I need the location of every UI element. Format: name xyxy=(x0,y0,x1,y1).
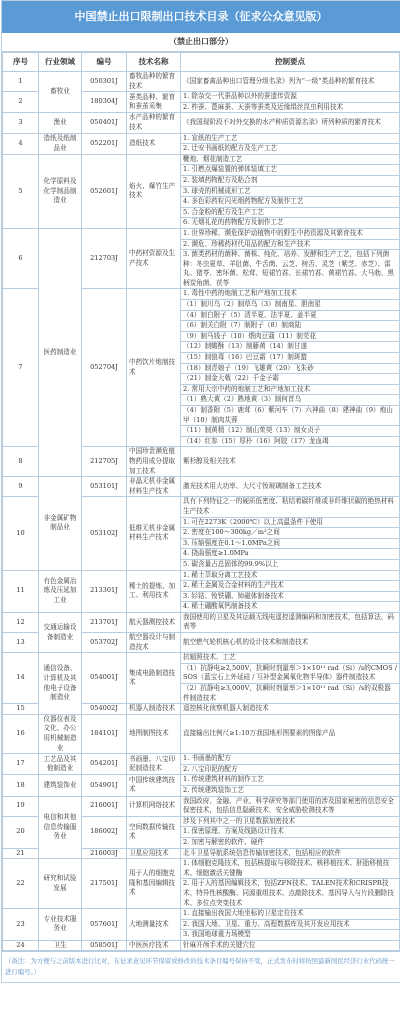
tech-name: 畜牧品种的繁育技术 xyxy=(127,72,181,92)
row-number: 8 xyxy=(3,447,39,477)
table-row: 3渔业050401J水产品种的繁育技术《我国现阶段不对外交换的水产种质资源名录》… xyxy=(3,113,400,133)
control-point: 4. 多色彩药粒闪光烟药物配方及制作工艺 xyxy=(181,197,399,208)
table-row: 18建筑装饰业054901J中国传统建筑技术1. 传统建筑材料的制作工艺2. 传… xyxy=(3,775,400,796)
tech-name: 集成电路制造技术 xyxy=(127,653,181,704)
tech-name: 空间数据传输技术 xyxy=(127,816,181,848)
col-header-no: 序号 xyxy=(3,53,39,72)
row-number: 15 xyxy=(3,704,39,715)
tech-name: 低维无机非金属材料生产技术 xyxy=(127,497,181,570)
tech-code: 052201J xyxy=(82,133,127,154)
footnote: （备注：为方便与之前版本进行比对，在征求意见环节保留或修改的技术条目编号保持不变… xyxy=(2,951,400,982)
control-points: 遥控核化侦察机器人制造技术 xyxy=(181,704,400,715)
tech-code: 216001J xyxy=(82,796,127,816)
row-number: 10 xyxy=(3,497,39,570)
control-point: 2. 常用大宗中药的炮制工艺和产地加工技术 xyxy=(181,385,399,396)
control-point: （1）抗静电≥2,500V，抗瞬时剂量率＞1×10¹¹ rad（Si）/s的CM… xyxy=(181,664,399,684)
control-point: 1. 除杂交一代蚕品种以外的蚕遗传资源 xyxy=(181,92,399,103)
tech-code: 054901J xyxy=(82,775,127,796)
table-row: 4造纸及纸制品业052201J造纸技术1. 宣纸的生产工艺2. 迁安书画纸的配方… xyxy=(3,133,400,154)
control-point: （4）制香附（5）鹿茸（6）紫河车（7）六神曲（8）建神曲（9）炮山甲（10）制… xyxy=(181,406,399,426)
control-point: 2. 八宝印泥的配方 xyxy=(181,765,399,775)
control-points: 1. 体细胞克隆技术，包括核提取与移除技术、核移植技术、胚胎移植技术、细胞激活关… xyxy=(181,859,400,909)
tech-code: 057601J xyxy=(82,909,127,941)
control-point: （2）抗静电≥3,000V，抗瞬时剂量率＞1×10¹¹ rad（Si）/s的双极… xyxy=(181,684,399,703)
tech-code: 050401J xyxy=(82,113,127,133)
section-subtitle: （禁止出口部分） xyxy=(2,33,400,52)
control-points: 1. 世界珍稀、濒危保护动植物中的野生中药资源及其繁育技术2. 濒危、珍稀药材代… xyxy=(181,228,400,289)
control-point: 遥控核化侦察机器人制造技术 xyxy=(181,704,399,714)
tech-table: 序号 行业领域 编号 技术名称 控制要点 1畜牧业050301J畜牧品种的繁育技… xyxy=(2,52,400,951)
tech-name: 中医医疗技术 xyxy=(127,940,181,951)
industry-field: 电信和其他信息传输服务业 xyxy=(39,796,82,859)
control-points: 直接输出比例尺≥1:10万我国地形图要素的图像产品 xyxy=(181,714,400,753)
row-number: 24 xyxy=(3,940,39,951)
table-row: 16仪器仪表及文化、办公用机械制造业184101J地图制图技术直接输出比例尺≥1… xyxy=(3,714,400,753)
industry-field: 研究和试验发展 xyxy=(39,859,82,909)
col-header-code: 编号 xyxy=(82,53,127,72)
control-point: 《国家畜禽品种出口管理分级名录》列为“一级”类品种的繁育技术 xyxy=(181,77,399,87)
industry-field: 化学原料及化学制品制造业 xyxy=(39,154,82,228)
tech-code: 052601J xyxy=(82,154,127,228)
table-row: 11有色金属冶炼及压延加工业213301J稀土的提炼、加工、利用技术1. 稀土萃… xyxy=(3,570,400,612)
control-point: 涉及下列其中之一的卫星数据加密技术 xyxy=(181,817,399,828)
control-point: （6）制关白附（7）制附子（8）制商陆 xyxy=(181,321,399,332)
control-points: 抗辐照技术、工艺（1）抗静电≥2,500V，抗瞬时剂量率＞1×10¹¹ rad（… xyxy=(181,653,400,704)
table-row: 6医药制造业212703J中药材资源及生产技术1. 世界珍稀、濒危保护动植物中的… xyxy=(3,228,400,289)
row-number: 22 xyxy=(3,859,39,909)
control-point: 2. 稀土金属及合金材料的生产技术 xyxy=(181,581,399,592)
industry-field: 卫生 xyxy=(39,940,82,951)
control-point: 6. 无烟礼花的药物配方及制作工艺 xyxy=(181,218,399,228)
control-point: 1. 稀土萃取分离工艺技术 xyxy=(181,571,399,582)
control-point: 2. 濒危、珍稀药材代用品的配方和生产技术 xyxy=(181,240,399,251)
control-point: （1）制川乌（2）制草乌（3）制南星、胆南星 xyxy=(181,300,399,311)
row-number: 17 xyxy=(3,754,39,775)
row-number: 4 xyxy=(3,133,39,154)
control-point: 航空燃气轮机核心机的设计技术和制造技术 xyxy=(181,638,399,648)
control-point: 1. 体细胞克隆技术，包括核提取与移除技术、核移植技术、胚胎移植技术、细胞激活关… xyxy=(181,859,399,879)
row-number: 3 xyxy=(3,113,39,133)
control-points: 鞭炮、烟花制造工艺1. 引燃点爆装置的弹体装填工艺2. 装填药物配方及粘合剂3.… xyxy=(181,154,400,228)
control-point: （18）制青娘子（19）飞雄黄（20）飞朱砂 xyxy=(181,364,399,375)
table-row: 12交通运输设备制造业213701J航天器测控技术我国使用的卫星及其运载无线电遥… xyxy=(3,612,400,632)
tech-name: 非晶无机非金属材料生产技术 xyxy=(127,477,181,497)
control-point: 3. 压缩强度在0.1～1.0MPa之间 xyxy=(181,539,399,550)
control-points: 激光技术用大功率、大尺寸钕玻璃制备工艺技术 xyxy=(181,477,400,497)
control-point: 1. 传统建筑材料的制作工艺 xyxy=(181,775,399,786)
tech-name: 卫星应用技术 xyxy=(127,848,181,859)
tech-name: 机器人制造技术 xyxy=(127,704,181,715)
tech-name: 中药饮片炮制技术 xyxy=(127,289,181,447)
row-number: 7 xyxy=(3,289,39,447)
table-row: 24卫生058501J中医医疗技术针麻开颅手术的关键穴位 xyxy=(3,940,400,951)
control-point: （14）红参（15）厚朴（16）阿胶（17）龙血竭 xyxy=(181,437,399,447)
control-points: 《国家畜禽品种出口管理分级名录》列为“一级”类品种的繁育技术 xyxy=(181,72,400,92)
control-point: 我国使用的卫星及其运载无线电遥控遥测编码和加密技术，包括算法、码表等 xyxy=(181,613,399,632)
control-points: 针麻开颅手术的关键穴位 xyxy=(181,940,400,951)
control-point: 激光技术用大功率、大尺寸钕玻璃制备工艺技术 xyxy=(181,482,399,492)
tech-name: 航天器测控技术 xyxy=(127,612,181,632)
tech-name: 焰火、爆竹生产技术 xyxy=(127,154,181,228)
row-number: 13 xyxy=(3,633,39,653)
industry-field: 医药制造业 xyxy=(39,228,82,476)
table-row: 19电信和其他信息传输服务业216001J计算机网络技术我国政府、金融、产业、科… xyxy=(3,796,400,816)
row-number: 6 xyxy=(3,228,39,289)
tech-name: 水产品种的繁育技术 xyxy=(127,113,181,133)
tech-code: 054002J xyxy=(82,704,127,715)
control-point: 1. 宣纸的生产工艺 xyxy=(181,134,399,145)
tech-code: 054201J xyxy=(82,754,127,775)
col-header-field: 行业领域 xyxy=(39,53,82,72)
control-points: 具有下列特征之一的硬质低密度、粘结着碳纤维或非纤维状碳的绝热材料生产技术1. 可… xyxy=(181,497,400,570)
control-points: 我国使用的卫星及其运载无线电遥控遥测编码和加密技术，包括算法、码表等 xyxy=(181,612,400,632)
industry-field: 工艺品及其他制造业 xyxy=(39,754,82,775)
control-points: 1. 直接输出我国大地坐标的卫星定位技术2. 我国大地、卫星、重力、高程数据库及… xyxy=(181,909,400,941)
control-point: （21）制金大戟（22）千金子霜 xyxy=(181,374,399,385)
tech-code: 184101J xyxy=(82,714,127,753)
tech-code: 186002J xyxy=(82,816,127,848)
control-point: 5. 碳含量占总固体的99.9%以上 xyxy=(181,560,399,570)
row-number: 2 xyxy=(3,92,39,113)
tech-code: 053102J xyxy=(82,497,127,570)
control-points: 1. 传统建筑材料的制作工艺2. 传统建筑装饰工艺 xyxy=(181,775,400,796)
control-point: 2. 加密与解密的软件、硬件 xyxy=(181,838,399,848)
industry-field: 非金属矿物制品业 xyxy=(39,477,82,570)
control-point: （4）制白附子（5）清半夏、法半夏、姜半夏 xyxy=(181,311,399,322)
row-number: 23 xyxy=(3,909,39,941)
control-points: 1. 毒性中药的炮制工艺和产地加工技术（1）制川乌（2）制草乌（3）制南星、胆南… xyxy=(181,289,400,447)
tech-code: 052704J xyxy=(82,289,127,447)
page-title: 中国禁止出口限制出口技术目录（征求公众意见版） xyxy=(2,1,400,33)
row-number: 20 xyxy=(3,816,39,848)
control-point: 2. 迁安书画纸的配方及生产工艺 xyxy=(181,144,399,154)
industry-field: 交通运输设备制造业 xyxy=(39,612,82,652)
control-point: 1. 毒性中药的炮制工艺和产地加工技术 xyxy=(181,289,399,300)
tech-code: 217501J xyxy=(82,859,127,909)
control-point: （9）制马钱子（10）煨肉豆蔻（11）制芫花 xyxy=(181,332,399,343)
control-point: 1. 可在2273K（2000℃）以上高温条件下使用 xyxy=(181,518,399,529)
row-number: 9 xyxy=(3,477,39,497)
control-point: 4. 挠曲强度≥1.0MPa xyxy=(181,549,399,560)
control-point: 5. 合金粉的配方及生产工艺 xyxy=(181,208,399,219)
control-point: 2. 传统建筑装饰工艺 xyxy=(181,786,399,796)
tech-code: 180304J xyxy=(82,92,127,113)
control-point: 2. 用于人的基因编辑技术，包括ZFN技术、TALEN技术和CRISPR技术、特… xyxy=(181,879,399,908)
control-points: 紫杉醇及相关技术 xyxy=(181,447,400,477)
control-points: 涉及下列其中之一的卫星数据加密技术1. 保密原理、方案及线路设计技术2. 加密与… xyxy=(181,816,400,848)
control-point: 鞭炮、烟花制造工艺 xyxy=(181,155,399,166)
tech-name: 蚕类品种、繁育和蚕茧采集 xyxy=(127,92,181,113)
control-point: （11）制黄精（12）制山茱萸（13）制女贞子 xyxy=(181,426,399,437)
industry-field: 有色金属冶炼及压延加工业 xyxy=(39,570,82,612)
tech-name: 航空器设计与制造技术 xyxy=(127,633,181,653)
control-point: 《我国现阶段不对外交换的水产种质资源名录》所列种质的繁育技术 xyxy=(181,118,399,128)
tech-name: 中国传统建筑技术 xyxy=(127,775,181,796)
control-point: 1. 直接输出我国大地坐标的卫星定位技术 xyxy=(181,909,399,920)
control-points: 1. 宣纸的生产工艺2. 迁安书画纸的配方及生产工艺 xyxy=(181,133,400,154)
control-point: 针麻开颅手术的关键穴位 xyxy=(181,941,399,951)
tech-code: 058501J xyxy=(82,940,127,951)
tech-code: 216003J xyxy=(82,848,127,859)
control-point: 具有下列特征之一的硬质低密度、粘结着碳纤维或非纤维状碳的绝热材料生产技术 xyxy=(181,497,399,517)
table-header-row: 序号 行业领域 编号 技术名称 控制要点 xyxy=(3,53,400,72)
control-point: 2. 装填药物配方及粘合剂 xyxy=(181,176,399,187)
control-point: 1. 引燃点爆装置的弹体装填工艺 xyxy=(181,165,399,176)
row-number: 21 xyxy=(3,848,39,859)
control-point: （12）制蟾酥（13）制藤黄（14）制甘遂 xyxy=(181,342,399,353)
industry-field: 仪器仪表及文化、办公用机械制造业 xyxy=(39,714,82,753)
tech-name: 稀土的提炼、加工、利用技术 xyxy=(127,570,181,612)
row-number: 12 xyxy=(3,612,39,632)
industry-field: 通信设备、计算机及其他电子设备制造业 xyxy=(39,653,82,715)
control-points: 1. 书画墨的配方2. 八宝印泥的配方 xyxy=(181,754,400,775)
tech-code: 212705J xyxy=(82,447,127,477)
control-point: 2. 密度在100～300kg／m³之间 xyxy=(181,528,399,539)
control-point: 1. 世界珍稀、濒危保护动植物中的野生中药资源及其繁育技术 xyxy=(181,229,399,240)
control-point: 1. 保密原理、方案及线路设计技术 xyxy=(181,827,399,838)
industry-field: 畜牧业 xyxy=(39,72,82,113)
control-points: 北斗卫星导航系统信息传输加密技术，包括相应的软件 xyxy=(181,848,400,859)
industry-field: 建筑装饰业 xyxy=(39,775,82,796)
table-row: 9非金属矿物制品业053101J非晶无机非金属材料生产技术激光技术用大功率、大尺… xyxy=(3,477,400,497)
row-number: 11 xyxy=(3,570,39,612)
tech-code: 213301J xyxy=(82,570,127,612)
tech-name: 中药材资源及生产技术 xyxy=(127,228,181,289)
control-point: （1）熟大黄（2）熟地黄（3）制何首乌 xyxy=(181,395,399,406)
control-point: 1. 书画墨的配方 xyxy=(181,754,399,765)
row-number: 14 xyxy=(3,653,39,704)
tech-name: 计算机网络技术 xyxy=(127,796,181,816)
control-point: 抗辐照技术、工艺 xyxy=(181,653,399,664)
industry-field: 造纸及纸制品业 xyxy=(39,133,82,154)
catalog-document: 中国禁止出口限制出口技术目录（征求公众意见版） （禁止出口部分） 序号 行业领域… xyxy=(1,0,400,983)
control-points: 我国政府、金融、产业、科学研究等部门使用的涉及国家秘密的信息安全保密技术，包括信… xyxy=(181,796,400,816)
control-point: 3. 钐钴、钕铁硼、铈磁体制备技术 xyxy=(181,592,399,603)
control-points: 航空燃气轮机核心机的设计技术和制造技术 xyxy=(181,633,400,653)
control-points: 《我国现阶段不对外交换的水产种质资源名录》所列种质的繁育技术 xyxy=(181,113,400,133)
control-point: 4. 稀土硼酸氧钙制备技术 xyxy=(181,602,399,612)
industry-field: 专业技术服务业 xyxy=(39,909,82,941)
control-point: 紫杉醇及相关技术 xyxy=(181,457,399,467)
control-point: 我国政府、金融、产业、科学研究等部门使用的涉及国家秘密的信息安全保密技术，包括信… xyxy=(181,797,399,816)
col-header-name: 技术名称 xyxy=(127,53,181,72)
control-point: 3. 菌类药材的菌种、菌株、纯化、培养、发酵和生产工艺，包括下列菌种：冬虫夏草、… xyxy=(181,250,399,288)
control-point: 3. 我国地球重力场模型 xyxy=(181,930,399,940)
tech-code: 053702J xyxy=(82,633,127,653)
tech-name: 造纸技术 xyxy=(127,133,181,154)
table-row: 1畜牧业050301J畜牧品种的繁育技术《国家畜禽品种出口管理分级名录》列为“一… xyxy=(3,72,400,92)
industry-field: 渔业 xyxy=(39,113,82,133)
col-header-points: 控制要点 xyxy=(181,53,400,72)
table-row: 5化学原料及化学制品制造业052601J焰火、爆竹生产技术鞭炮、烟花制造工艺1.… xyxy=(3,154,400,228)
tech-name: 中国珍贵濒危植物药用成分提取加工技术 xyxy=(127,447,181,477)
control-point: 3. 球壳的机械成形工艺 xyxy=(181,187,399,198)
table-row: 14通信设备、计算机及其他电子设备制造业054001J集成电路制造技术抗辐照技术… xyxy=(3,653,400,704)
control-points: 1. 除杂交一代蚕品种以外的蚕遗传资源2. 柞蚕、蓖麻蚕、天蚕等蚕类及近缘绢丝昆… xyxy=(181,92,400,113)
control-point: 直接输出比例尺≥1:10万我国地形图要素的图像产品 xyxy=(181,729,399,739)
tech-code: 213701J xyxy=(82,612,127,632)
row-number: 16 xyxy=(3,714,39,753)
table-row: 23专业技术服务业057601J大地测量技术1. 直接输出我国大地坐标的卫星定位… xyxy=(3,909,400,941)
row-number: 19 xyxy=(3,796,39,816)
control-point: 2. 柞蚕、蓖麻蚕、天蚕等蚕类及近缘绢丝昆虫利用技术 xyxy=(181,103,399,113)
control-point: 2. 我国大地、卫星、重力、高程数据库及其开发应用技术 xyxy=(181,920,399,931)
row-number: 1 xyxy=(3,72,39,92)
row-number: 5 xyxy=(3,154,39,228)
row-number: 18 xyxy=(3,775,39,796)
tech-code: 212703J xyxy=(82,228,127,289)
tech-name: 地图制图技术 xyxy=(127,714,181,753)
tech-code: 053101J xyxy=(82,477,127,497)
table-row: 22研究和试验发展217501J用于人的细胞克隆和基因编辑技术1. 体细胞克隆技… xyxy=(3,859,400,909)
tech-code: 054001J xyxy=(82,653,127,704)
tech-name: 用于人的细胞克隆和基因编辑技术 xyxy=(127,859,181,909)
tech-code: 050301J xyxy=(82,72,127,92)
control-point: （15）制狼毒（16）巴豆霜（17）制斑蝥 xyxy=(181,353,399,364)
tech-name: 书画墨、八宝印泥制造技术 xyxy=(127,754,181,775)
control-points: 1. 稀土萃取分离工艺技术2. 稀土金属及合金材料的生产技术3. 钐钴、钕铁硼、… xyxy=(181,570,400,612)
tech-name: 大地测量技术 xyxy=(127,909,181,941)
table-row: 17工艺品及其他制造业054201J书画墨、八宝印泥制造技术1. 书画墨的配方2… xyxy=(3,754,400,775)
control-point: 北斗卫星导航系统信息传输加密技术，包括相应的软件 xyxy=(181,849,399,859)
